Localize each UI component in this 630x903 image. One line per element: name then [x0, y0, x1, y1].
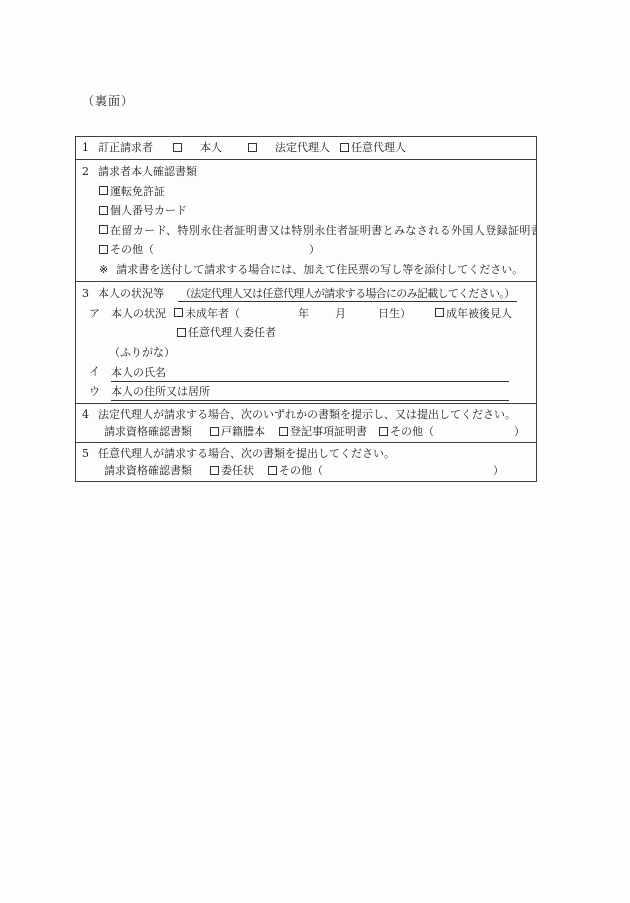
checkbox-voluntary-delegator[interactable] [177, 328, 186, 337]
minor-year-label: 年 [298, 307, 309, 320]
checkbox-drivers-license[interactable] [99, 186, 108, 195]
registration-certificate-label: 登記事項証明書 [290, 425, 367, 438]
note-text: 請求書を送付して請求する場合には、加えて住民票の写し等を添付してください。 [116, 263, 523, 276]
power-of-attorney-label: 委任状 [221, 464, 254, 477]
minor-option-label: 未成年者（ [185, 307, 240, 320]
section-2-title: 請求者本人確認書類 [98, 165, 197, 178]
note-mark: ※ [99, 263, 108, 276]
checkbox-registration-certificate[interactable] [279, 427, 288, 436]
section-2-item-other: その他（） [76, 240, 536, 260]
section-4-legal-representative-docs: 4法定代理人が請求する場合、次のいずれかの書類を提示し、又は提出してください。 … [76, 403, 536, 442]
section-5-docs-line: 請求資格確認書類委任状その他（） [76, 462, 536, 479]
principal-name-label: 本人の氏名 [111, 366, 166, 379]
checkbox-legal-representative[interactable] [248, 143, 257, 152]
section-2-header: 2請求者本人確認書類 [76, 162, 536, 182]
section-3-sub-u-address: ウ本人の住所又は居所 [76, 382, 536, 402]
other-document-label: その他（ [110, 243, 154, 256]
checkbox-adult-ward[interactable] [435, 308, 444, 317]
residence-card-label: 在留カード、特別永住者証明書又は特別永住者証明書とみなされる外国人登録証明書 [110, 224, 536, 237]
section-5-number: 5 [76, 445, 98, 462]
section-5-other-close-paren: ） [493, 464, 504, 477]
section-3-principal-status: 3本人の状況等（法定代理人又は任意代理人が請求する場合にのみ記載してください。）… [76, 281, 536, 403]
option-honnin-label: 本人 [200, 141, 222, 154]
section-4-header: 4法定代理人が請求する場合、次のいずれかの書類を提示し、又は提出してください。 [76, 406, 536, 423]
section-5-docs-label: 請求資格確認書類 [104, 464, 192, 477]
sub-a-label: 本人の状況 [111, 307, 166, 320]
section-4-other-close-paren: ） [514, 425, 525, 438]
section-3-title-note: （法定代理人又は任意代理人が請求する場合にのみ記載してください。） [178, 287, 517, 302]
section-2-note: ※請求書を送付して請求する場合には、加えて住民票の写し等を添付してください。 [76, 260, 536, 280]
checkbox-minor[interactable] [174, 308, 183, 317]
section-5-title: 任意代理人が請求する場合、次の書類を提出してください。 [98, 447, 395, 460]
sub-a-mark: ア [89, 307, 100, 320]
principal-address-field[interactable]: 本人の住所又は居所 [111, 383, 509, 401]
checkbox-other-document[interactable] [99, 245, 108, 254]
minor-month-label: 月 [335, 307, 346, 320]
checkbox-section4-other[interactable] [379, 427, 388, 436]
family-register-label: 戸籍謄本 [221, 425, 265, 438]
other-document-close-paren: ） [309, 243, 320, 256]
checkbox-honnin[interactable] [173, 143, 182, 152]
checkbox-residence-card[interactable] [99, 225, 108, 234]
checkbox-voluntary-representative[interactable] [340, 143, 349, 152]
furigana-label: （ふりがな） [109, 346, 175, 359]
section-4-other-label: その他（ [390, 425, 434, 438]
page-side-label: （裏面） [82, 92, 134, 109]
adult-ward-label: 成年被後見人 [446, 307, 512, 320]
section-1-number: 1 [76, 139, 98, 157]
section-2-item-residence-card: 在留カード、特別永住者証明書又は特別永住者証明書とみなされる外国人登録証明書 [76, 221, 536, 241]
checkbox-mynumber-card[interactable] [99, 206, 108, 215]
section-3-furigana: （ふりがな） [76, 343, 536, 363]
section-3-sub-i-name: イ本人の氏名 [76, 362, 536, 382]
section-4-docs-line: 請求資格確認書類戸籍謄本登記事項証明書その他（） [76, 423, 536, 440]
option-voluntary-representative-label: 任意代理人 [351, 141, 406, 154]
section-2-identity-documents: 2請求者本人確認書類 運転免許証 個人番号カード 在留カード、特別永住者証明書又… [76, 159, 536, 281]
sub-u-mark: ウ [89, 385, 100, 398]
section-4-title: 法定代理人が請求する場合、次のいずれかの書類を提示し、又は提出してください。 [98, 408, 516, 421]
section-4-other-blank-field[interactable] [434, 434, 514, 435]
correction-request-form-table: 1訂正請求者本人法定代理人任意代理人 2請求者本人確認書類 運転免許証 個人番号… [75, 136, 537, 482]
section-1-line: 1訂正請求者本人法定代理人任意代理人 [76, 139, 536, 157]
mynumber-card-label: 個人番号カード [110, 204, 187, 217]
checkbox-power-of-attorney[interactable] [210, 466, 219, 475]
section-1-correction-requester: 1訂正請求者本人法定代理人任意代理人 [76, 137, 536, 159]
section-5-voluntary-representative-docs: 5任意代理人が請求する場合、次の書類を提出してください。 請求資格確認書類委任状… [76, 442, 536, 481]
section-4-docs-label: 請求資格確認書類 [104, 425, 192, 438]
section-3-sub-a-status: ア本人の状況未成年者（年月日生）成年被後見人 [76, 304, 536, 324]
section-2-item-mynumber-card: 個人番号カード [76, 201, 536, 221]
voluntary-delegator-label: 任意代理人委任者 [188, 326, 276, 339]
section-2-item-drivers-license: 運転免許証 [76, 182, 536, 202]
checkbox-family-register[interactable] [210, 427, 219, 436]
section-3-header: 3本人の状況等（法定代理人又は任意代理人が請求する場合にのみ記載してください。） [76, 284, 536, 304]
drivers-license-label: 運転免許証 [110, 185, 165, 198]
section-4-number: 4 [76, 406, 98, 423]
section-5-other-blank-field[interactable] [323, 473, 493, 474]
minor-day-label: 日生） [378, 307, 411, 320]
section-5-other-label: その他（ [279, 464, 323, 477]
principal-address-label: 本人の住所又は居所 [111, 385, 210, 398]
section-1-title: 訂正請求者 [98, 141, 153, 154]
checkbox-section5-other[interactable] [268, 466, 277, 475]
section-3-number: 3 [76, 284, 98, 304]
section-2-number: 2 [76, 162, 98, 182]
section-3-delegate-option: 任意代理人委任者 [76, 323, 536, 343]
section-5-header: 5任意代理人が請求する場合、次の書類を提出してください。 [76, 445, 536, 462]
option-legal-representative-label: 法定代理人 [275, 141, 330, 154]
sub-i-mark: イ [89, 365, 100, 378]
principal-name-field[interactable]: 本人の氏名 [111, 364, 509, 382]
section-3-title: 本人の状況等 [98, 287, 164, 300]
other-document-blank-field[interactable] [154, 252, 309, 253]
